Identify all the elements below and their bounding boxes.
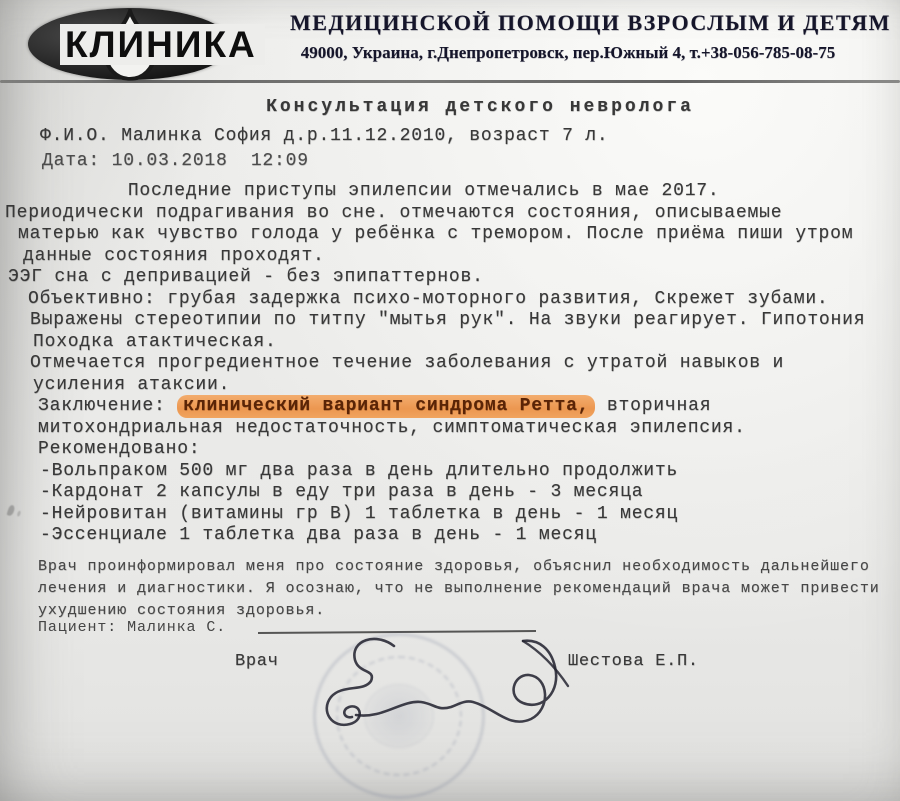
conclusion-line: Заключение: клинический вариант синдрома…: [38, 396, 900, 418]
clinic-header: МЕДИЦИНСКОЙ ПОМОЩИ ВЗРОСЛЫМ И ДЕТЯМ 4900…: [290, 10, 846, 63]
patient-signature-label: Пациент: Малинка С.: [38, 619, 226, 636]
history-line: Последние приступы эпилепсии отмечались …: [35, 181, 900, 203]
clinic-name: МЕДИЦИНСКОЙ ПОМОЩИ ВЗРОСЛЫМ И ДЕТЯМ: [290, 10, 846, 36]
scanned-medical-document: КЛИНИКА МЕДИЦИНСКОЙ ПОМОЩИ ВЗРОСЛЫМ И ДЕ…: [0, 0, 900, 801]
recommendation-item: -Эссенциале 1 таблетка два раза в день -…: [40, 525, 900, 547]
recommendation-item: -Вольпраком 500 мг два раза в день длите…: [40, 461, 900, 483]
doctor-signature: [298, 630, 572, 744]
highlighted-diagnosis: клинический вариант синдрома Ретта,: [177, 395, 595, 418]
history-line: данные состояния проходят.: [23, 246, 900, 268]
recommendation-item: -Кардонат 2 капсулы в еду три раза в ден…: [40, 482, 900, 504]
conclusion-line2: митохондриальная недостаточность, симпто…: [38, 418, 900, 440]
history-line: Объективно: грубая задержка психо-моторн…: [28, 289, 900, 311]
consent-paragraph: Врач проинформировал меня про состояние …: [38, 556, 880, 622]
scan-artifact: [6, 504, 15, 516]
clinic-logo-text: КЛИНИКА: [60, 24, 265, 65]
patient-info-line: Ф.И.О. Малинка София д.р.11.12.2010, воз…: [40, 126, 609, 146]
history-line: Отмечается прогредиентное течение заболе…: [30, 353, 900, 375]
history-line: ЭЭГ сна с депривацией - без эпипаттернов…: [8, 267, 900, 289]
history-line: Походка атактическая.: [33, 332, 900, 354]
date-line: Дата: 10.03.2018 12:09: [42, 151, 309, 171]
consent-line: Врач проинформировал меня про состояние …: [38, 556, 880, 578]
history-line: Выражены стереотипии по титпу "мытья рук…: [30, 310, 900, 332]
recommendations-heading: Рекомендовано:: [38, 439, 900, 461]
consent-line: лечения и диагностики. Я осознаю, что не…: [38, 578, 880, 600]
clinic-address: 49000, Украина, г.Днепропетровск, пер.Юж…: [290, 43, 846, 63]
doctor-label: Врач: [235, 652, 279, 671]
conclusion-label: Заключение:: [38, 396, 177, 416]
history-line: матерью как чувство голода у ребёнка с т…: [18, 224, 900, 246]
consultation-body: Последние приступы эпилепсии отмечались …: [35, 181, 900, 547]
conclusion-continuation: вторичная: [595, 396, 711, 416]
recommendation-item: -Нейровитан (витамины гр В) 1 таблетка в…: [40, 504, 900, 526]
document-title: Консультация детского невролога: [60, 97, 900, 117]
header-divider: [0, 80, 900, 83]
doctor-name: Шестова Е.П.: [568, 652, 699, 671]
history-line: усиления атаксии.: [33, 375, 900, 397]
history-line: Периодически подрагивания во сне. отмеча…: [5, 203, 900, 225]
